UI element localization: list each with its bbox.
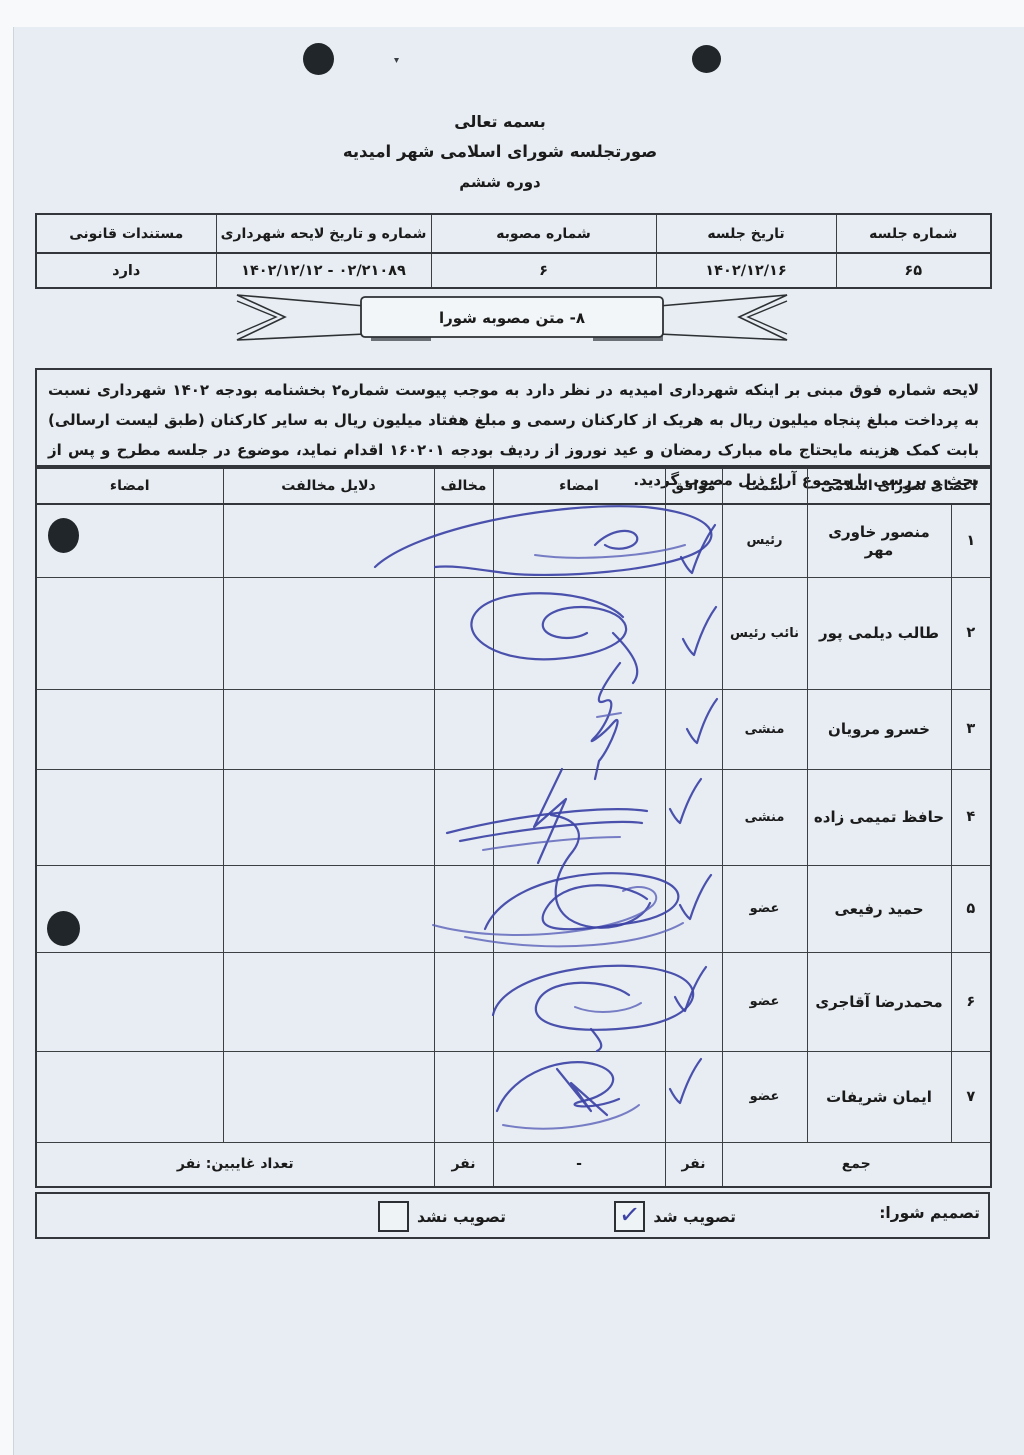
info-header-legal-docs: مستندات قانونی bbox=[36, 214, 216, 253]
resolution-text-box: لایحه شماره فوق مبنی بر اینکه شهرداری ام… bbox=[35, 368, 992, 467]
member-position: منشی bbox=[722, 769, 807, 865]
check-icon: ✓ bbox=[618, 1201, 641, 1228]
members-table: اعضای شورای اسلامی سمت موافق امضاء مخالف… bbox=[35, 467, 992, 1188]
member-row-2: ۲ طالب دیلمی پور نائب رئیس bbox=[36, 577, 991, 689]
member-row-7: ۷ ایمان شریفات عضو bbox=[36, 1051, 991, 1142]
col-header-agree: موافق bbox=[665, 468, 722, 504]
reasons-cell bbox=[223, 769, 434, 865]
info-value-session-no: ۶۵ bbox=[836, 253, 991, 288]
col-header-position: سمت bbox=[722, 468, 807, 504]
member-no: ۴ bbox=[951, 769, 991, 865]
totals-label: جمع bbox=[722, 1142, 991, 1187]
scanned-council-minutes-page: { "page": { "bismillah": "بسمه تعالی", "… bbox=[0, 0, 1024, 1455]
member-position: نائب رئیس bbox=[722, 577, 807, 689]
member-name: منصور خاوری مهر bbox=[807, 504, 951, 577]
approved-option: تصویب شد ✓ bbox=[614, 1201, 736, 1232]
reasons-cell bbox=[223, 577, 434, 689]
totals-absent: تعداد غایبین: نفر bbox=[36, 1142, 434, 1187]
signature2-cell bbox=[36, 952, 223, 1051]
col-header-members: اعضای شورای اسلامی bbox=[807, 468, 991, 504]
col-header-signature2: امضاء bbox=[36, 468, 223, 504]
member-no: ۱ bbox=[951, 504, 991, 577]
reasons-cell bbox=[223, 1051, 434, 1142]
agree-cell bbox=[665, 504, 722, 577]
member-name: ایمان شریفات bbox=[807, 1051, 951, 1142]
totals-disagree-count: نفر bbox=[434, 1142, 493, 1187]
signature2-cell bbox=[36, 1051, 223, 1142]
decision-box: تصمیم شورا: تصویب شد ✓ تصویب نشد bbox=[35, 1192, 990, 1239]
decision-label: تصمیم شورا: bbox=[879, 1204, 980, 1222]
col-header-reasons: دلایل مخالفت bbox=[223, 468, 434, 504]
disagree-cell bbox=[434, 577, 493, 689]
disagree-cell bbox=[434, 1051, 493, 1142]
signature2-cell bbox=[36, 577, 223, 689]
member-row-4: ۴ حافظ تمیمی زاده منشی bbox=[36, 769, 991, 865]
disagree-cell bbox=[434, 952, 493, 1051]
session-info-table: شماره جلسه تاریخ جلسه شماره مصوبه شماره … bbox=[35, 213, 992, 289]
col-header-disagree: مخالف bbox=[434, 468, 493, 504]
member-name: خسرو مرویان bbox=[807, 689, 951, 769]
info-header-session-date: تاریخ جلسه bbox=[656, 214, 836, 253]
signature2-cell bbox=[36, 504, 223, 577]
disagree-cell bbox=[434, 769, 493, 865]
signature-cell bbox=[493, 689, 665, 769]
info-header-resolution-no: شماره مصوبه bbox=[431, 214, 656, 253]
member-no: ۲ bbox=[951, 577, 991, 689]
col-header-signature: امضاء bbox=[493, 468, 665, 504]
info-header-session-no: شماره جلسه bbox=[836, 214, 991, 253]
reasons-cell bbox=[223, 865, 434, 952]
agree-cell bbox=[665, 952, 722, 1051]
page-title: صورتجلسه شورای اسلامی شهر امیدیه bbox=[0, 142, 1000, 161]
member-row-6: ۶ محمدرضا آقاجری عضو bbox=[36, 952, 991, 1051]
signature2-cell bbox=[36, 689, 223, 769]
reasons-cell bbox=[223, 689, 434, 769]
member-no: ۶ bbox=[951, 952, 991, 1051]
agree-cell bbox=[665, 689, 722, 769]
agree-cell bbox=[665, 1051, 722, 1142]
reasons-cell bbox=[223, 504, 434, 577]
info-value-session-date: ۱۴۰۲/۱۲/۱۶ bbox=[656, 253, 836, 288]
info-header-bill-no-date: شماره و تاریخ لایحه شهرداری bbox=[216, 214, 431, 253]
totals-row: جمع نفر - نفر تعداد غایبین: نفر bbox=[36, 1142, 991, 1187]
banner-ribbon: ۸- متن مصوبه شورا bbox=[233, 290, 791, 360]
agree-cell bbox=[665, 577, 722, 689]
member-name: حافظ تمیمی زاده bbox=[807, 769, 951, 865]
approved-checkbox: ✓ bbox=[614, 1201, 645, 1232]
bismillah-text: بسمه تعالی bbox=[0, 112, 1000, 131]
info-value-bill-no-date: ۱۴۰۲/۱۲/۱۲ - ۰۲/۲۱۰۸۹ bbox=[216, 253, 431, 288]
agree-cell bbox=[665, 865, 722, 952]
info-value-resolution-no: ۶ bbox=[431, 253, 656, 288]
member-row-5: ۵ حمید رفیعی عضو bbox=[36, 865, 991, 952]
disagree-cell bbox=[434, 865, 493, 952]
member-row-3: ۳ خسرو مرویان منشی bbox=[36, 689, 991, 769]
member-no: ۵ bbox=[951, 865, 991, 952]
member-position: عضو bbox=[722, 865, 807, 952]
disagree-cell bbox=[434, 689, 493, 769]
ribbon-tail-right bbox=[659, 295, 787, 340]
member-no: ۷ bbox=[951, 1051, 991, 1142]
member-position: رئیس bbox=[722, 504, 807, 577]
approved-label: تصویب شد bbox=[653, 1208, 736, 1226]
document-header: بسمه تعالی صورتجلسه شورای اسلامی شهر امی… bbox=[0, 112, 1000, 191]
member-row-1: ۱ منصور خاوری مهر رئیس bbox=[36, 504, 991, 577]
member-name: طالب دیلمی پور bbox=[807, 577, 951, 689]
signature-cell bbox=[493, 865, 665, 952]
banner-title: ۸- متن مصوبه شورا bbox=[439, 309, 585, 327]
member-position: عضو bbox=[722, 1051, 807, 1142]
agree-cell bbox=[665, 769, 722, 865]
rejected-option: تصویب نشد bbox=[378, 1201, 506, 1232]
signature-cell bbox=[493, 504, 665, 577]
member-name: محمدرضا آقاجری bbox=[807, 952, 951, 1051]
member-no: ۳ bbox=[951, 689, 991, 769]
member-position: منشی bbox=[722, 689, 807, 769]
info-value-legal-docs: دارد bbox=[36, 253, 216, 288]
signature2-cell bbox=[36, 769, 223, 865]
signature-cell bbox=[493, 769, 665, 865]
ribbon-tail-left bbox=[237, 295, 365, 340]
member-name: حمید رفیعی bbox=[807, 865, 951, 952]
disagree-cell bbox=[434, 504, 493, 577]
totals-agree-count: نفر bbox=[665, 1142, 722, 1187]
member-position: عضو bbox=[722, 952, 807, 1051]
term-label: دوره ششم bbox=[0, 173, 1000, 191]
rejected-checkbox bbox=[378, 1201, 409, 1232]
signature2-cell bbox=[36, 865, 223, 952]
punch-hole-top-right bbox=[303, 43, 334, 75]
punch-hole-top-left bbox=[692, 45, 721, 73]
signature-cell bbox=[493, 1051, 665, 1142]
totals-signature-dash: - bbox=[493, 1142, 665, 1187]
signature-cell bbox=[493, 952, 665, 1051]
rejected-label: تصویب نشد bbox=[417, 1208, 506, 1226]
signature-cell bbox=[493, 577, 665, 689]
reasons-cell bbox=[223, 952, 434, 1051]
